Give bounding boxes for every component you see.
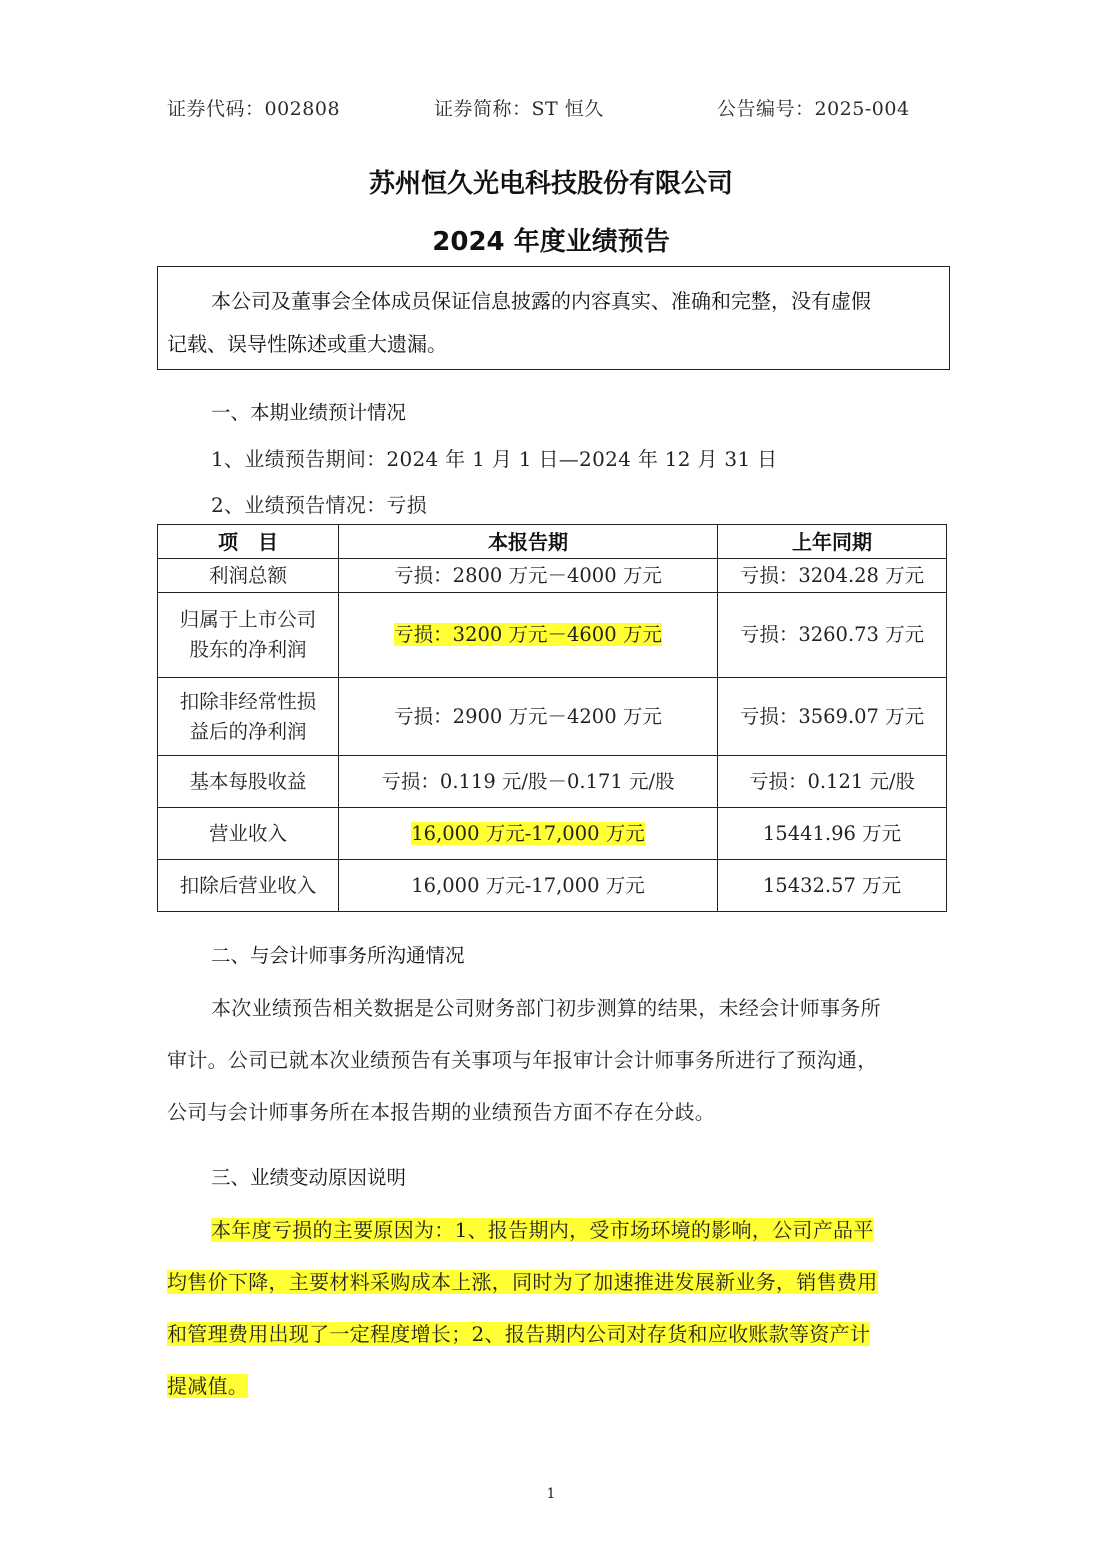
row-item: 基本每股收益 bbox=[158, 756, 339, 808]
row-prior-value: 15432.57 万元 bbox=[763, 874, 901, 897]
table-row: 归属于上市公司 股东的净利润 亏损：3200 万元－4600 万元 亏损：326… bbox=[158, 593, 947, 678]
row-prior: 亏损：3204.28 万元 bbox=[718, 559, 947, 593]
document-page: 证券代码：002808 证券简称：ST 恒久 公告编号：2025-004 苏州恒… bbox=[0, 0, 1102, 1559]
stock-abbreviation: 证券简称：ST 恒久 bbox=[434, 94, 604, 121]
row-current: 亏损：2800 万元－4000 万元 bbox=[339, 559, 718, 593]
header-item: 项 目 bbox=[158, 525, 339, 559]
table-row: 扣除后营业收入 16,000 万元-17,000 万元 15432.57 万元 bbox=[158, 860, 947, 912]
stock-code: 证券代码：002808 bbox=[167, 94, 340, 121]
table-row: 扣除非经常性损 益后的净利润 亏损：2900 万元－4200 万元 亏损：356… bbox=[158, 678, 947, 756]
row-current: 16,000 万元-17,000 万元 bbox=[339, 808, 718, 860]
section-3-line-4: 提减值。 bbox=[167, 1370, 248, 1399]
row-current: 16,000 万元-17,000 万元 bbox=[339, 860, 718, 912]
row-current-value-highlighted: 亏损：3200 万元－4600 万元 bbox=[394, 623, 662, 646]
table-row: 基本每股收益 亏损：0.119 元/股－0.171 元/股 亏损：0.121 元… bbox=[158, 756, 947, 808]
table-header-row: 项 目 本报告期 上年同期 bbox=[158, 525, 947, 559]
row-item-label: 营业收入 bbox=[209, 822, 287, 845]
announcement-number: 公告编号：2025-004 bbox=[717, 94, 910, 121]
row-current-value: 亏损：2800 万元－4000 万元 bbox=[394, 564, 662, 587]
forecast-type: 2、业绩预告情况：亏损 bbox=[211, 489, 427, 518]
section-3-line-2: 均售价下降，主要材料采购成本上涨，同时为了加速推进发展新业务，销售费用 bbox=[167, 1266, 878, 1295]
row-prior-value: 15441.96 万元 bbox=[763, 822, 901, 845]
row-prior: 亏损：3260.73 万元 bbox=[718, 593, 947, 678]
disclaimer-line-2: 记载、误导性陈述或重大遗漏。 bbox=[167, 328, 447, 357]
section-2-line-2: 审计。公司已就本次业绩预告有关事项与年报审计会计师事务所进行了预沟通， bbox=[167, 1044, 878, 1073]
row-item-label: 基本每股收益 bbox=[189, 770, 306, 793]
row-item: 归属于上市公司 股东的净利润 bbox=[158, 593, 339, 678]
row-item: 扣除非经常性损 益后的净利润 bbox=[158, 678, 339, 756]
section-1-heading: 一、本期业绩预计情况 bbox=[211, 397, 406, 425]
row-current-value-highlighted: 16,000 万元-17,000 万元 bbox=[411, 822, 644, 845]
row-current-value: 亏损：2900 万元－4200 万元 bbox=[394, 705, 662, 728]
section-3-line-3: 和管理费用出现了一定程度增长；2、报告期内公司对存货和应收账款等资产计 bbox=[167, 1318, 870, 1347]
row-prior-value: 亏损：3204.28 万元 bbox=[740, 564, 924, 587]
disclaimer-box: 本公司及董事会全体成员保证信息披露的内容真实、准确和完整，没有虚假 记载、误导性… bbox=[157, 266, 950, 370]
row-current: 亏损：2900 万元－4200 万元 bbox=[339, 678, 718, 756]
table-row: 营业收入 16,000 万元-17,000 万元 15441.96 万元 bbox=[158, 808, 947, 860]
row-item-label: 利润总额 bbox=[209, 564, 287, 587]
row-item: 营业收入 bbox=[158, 808, 339, 860]
row-current-value: 亏损：0.119 元/股－0.171 元/股 bbox=[381, 770, 674, 793]
row-prior-value: 亏损：3260.73 万元 bbox=[740, 623, 924, 646]
table-row: 利润总额 亏损：2800 万元－4000 万元 亏损：3204.28 万元 bbox=[158, 559, 947, 593]
highlighted-text: 本年度亏损的主要原因为：1、报告期内，受市场环境的影响，公司产品平 bbox=[211, 1218, 874, 1242]
row-prior: 15441.96 万元 bbox=[718, 808, 947, 860]
row-item-label-line2: 股东的净利润 bbox=[158, 635, 338, 665]
document-title: 2024 年度业绩预告 bbox=[0, 221, 1102, 258]
row-item: 扣除后营业收入 bbox=[158, 860, 339, 912]
row-prior: 15432.57 万元 bbox=[718, 860, 947, 912]
highlighted-text: 均售价下降，主要材料采购成本上涨，同时为了加速推进发展新业务，销售费用 bbox=[167, 1270, 878, 1294]
highlighted-text: 和管理费用出现了一定程度增长；2、报告期内公司对存货和应收账款等资产计 bbox=[167, 1322, 870, 1346]
row-prior: 亏损：3569.07 万元 bbox=[718, 678, 947, 756]
section-2-heading: 二、与会计师事务所沟通情况 bbox=[211, 940, 465, 968]
row-current-value: 16,000 万元-17,000 万元 bbox=[411, 874, 644, 897]
section-3-line-1: 本年度亏损的主要原因为：1、报告期内，受市场环境的影响，公司产品平 bbox=[211, 1214, 874, 1243]
forecast-period: 1、业绩预告期间：2024 年 1 月 1 日—2024 年 12 月 31 日 bbox=[211, 443, 777, 472]
header-current-period: 本报告期 bbox=[339, 525, 718, 559]
row-current: 亏损：0.119 元/股－0.171 元/股 bbox=[339, 756, 718, 808]
row-item-label: 扣除非经常性损 bbox=[158, 687, 338, 717]
performance-forecast-table: 项 目 本报告期 上年同期 利润总额 亏损：2800 万元－4000 万元 亏损… bbox=[157, 524, 947, 912]
disclaimer-line-1: 本公司及董事会全体成员保证信息披露的内容真实、准确和完整，没有虚假 bbox=[211, 285, 871, 314]
row-prior-value: 亏损：0.121 元/股 bbox=[749, 770, 915, 793]
row-current: 亏损：3200 万元－4600 万元 bbox=[339, 593, 718, 678]
section-3-heading: 三、业绩变动原因说明 bbox=[211, 1162, 406, 1190]
page-number: 1 bbox=[0, 1486, 1102, 1502]
row-item-label-line2: 益后的净利润 bbox=[158, 717, 338, 747]
highlighted-text: 提减值。 bbox=[167, 1374, 248, 1398]
row-prior: 亏损：0.121 元/股 bbox=[718, 756, 947, 808]
row-item-label: 扣除后营业收入 bbox=[180, 874, 317, 897]
section-2-line-1: 本次业绩预告相关数据是公司财务部门初步测算的结果，未经会计师事务所 bbox=[211, 992, 881, 1021]
row-item-label: 归属于上市公司 bbox=[158, 605, 338, 635]
row-prior-value: 亏损：3569.07 万元 bbox=[740, 705, 924, 728]
company-title: 苏州恒久光电科技股份有限公司 bbox=[0, 163, 1102, 200]
row-item: 利润总额 bbox=[158, 559, 339, 593]
section-2-line-3: 公司与会计师事务所在本报告期的业绩预告方面不存在分歧。 bbox=[167, 1096, 715, 1125]
header-prior-year: 上年同期 bbox=[718, 525, 947, 559]
